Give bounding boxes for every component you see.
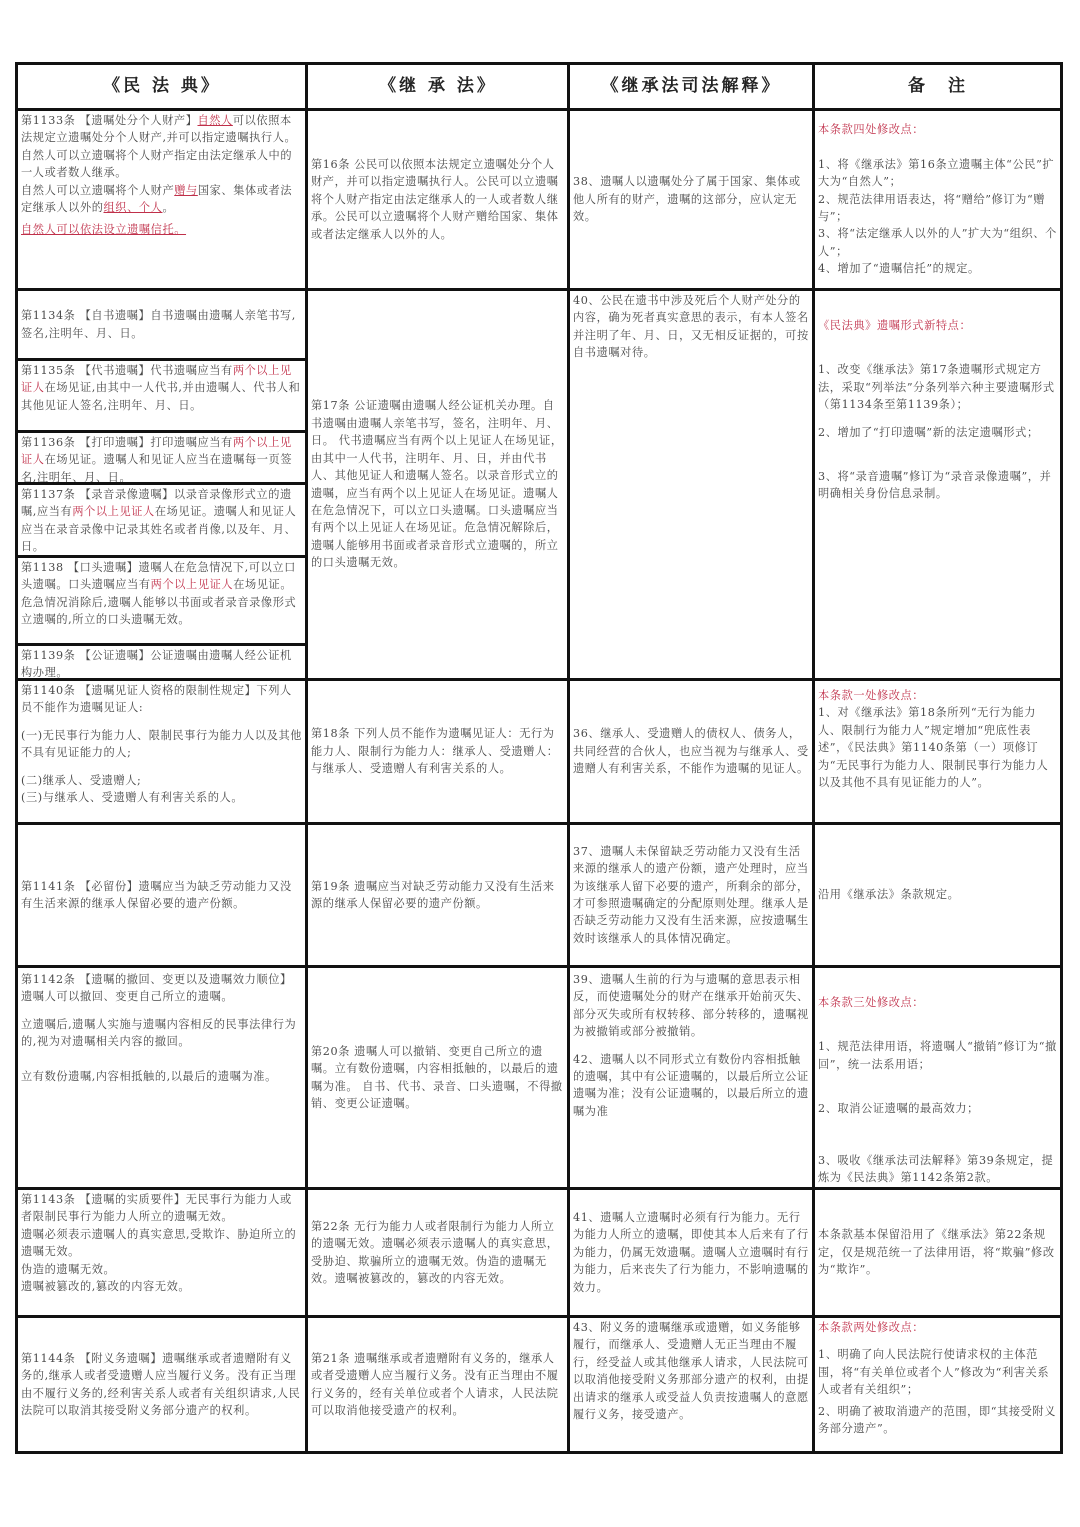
civil-code-article-1141: 第1141条 【必留份】遗嘱应当为缺乏劳动能力又没有生活来源的继承人保留必要的遗… — [18, 825, 305, 965]
inheritance-law-article-16: 第16条 公民可以依照本法规定立遗嘱处分个人财产，并可以指定遗嘱执行人。公民可以… — [308, 111, 567, 288]
remark-1133: 本条款四处修改点： 1、将《继承法》第16条立遗嘱主体“公民”扩大为“自然人”；… — [815, 111, 1060, 288]
header-judicial-interpretation: 《继承法司法解释》 — [570, 65, 812, 108]
inheritance-law-article-20: 第20条 遗嘱人可以撤销、变更自己所立的遗嘱。立有数份遗嘱，内容相抵触的，以最后… — [308, 968, 567, 1187]
inheritance-law-article-17: 第17条 公证遗嘱由遗嘱人经公证机关办理。自书遗嘱由遗嘱人亲笔书写，签名，注明年… — [308, 291, 567, 678]
civil-code-article-1136: 第1136条 【打印遗嘱】打印遗嘱应当有两个以上见证人在场见证。遗嘱人和见证人应… — [18, 433, 305, 482]
highlight-organization-individual: 组织、个人 — [104, 201, 163, 214]
civil-code-article-1133: 第1133条 【遗嘱处分个人财产】自然人可以依照本法规定立遗嘱处分个人财产,并可… — [18, 111, 305, 288]
civil-code-article-1137: 第1137条 【录音录像遗嘱】以录音录像形式立的遗嘱,应当有两个以上见证人在场见… — [18, 485, 305, 555]
civil-code-article-1135: 第1135条 【代书遗嘱】代书遗嘱应当有两个以上见证人在场见证,由其中一人代书,… — [18, 361, 305, 430]
interpretation-43: 43、附义务的遗嘱继承或遗赠，如义务能够履行，而继承人、受遗赠人无正当理由不履行… — [570, 1318, 812, 1451]
remark-1143: 本条款基本保留沿用了《继承法》第22条规定，仅是规范统一了法律用语，将“欺骗”修… — [815, 1190, 1060, 1315]
civil-code-article-1144: 第1144条 【附义务遗嘱】遗嘱继承或者遗赠附有义务的,继承人或者受遗赠人应当履… — [18, 1318, 305, 1451]
header-civil-code: 《民 法 典》 — [18, 65, 305, 108]
civil-code-article-1140: 第1140条 【遗嘱见证人资格的限制性规定】下列人员不能作为遗嘱见证人: (一)… — [18, 681, 305, 822]
comparison-table: 《民 法 典》 《继 承 法》 《继承法司法解释》 备 注 第1133条 【遗嘱… — [15, 62, 1063, 1454]
inheritance-law-article-18: 第18条 下列人员不能作为遗嘱见证人：无行为能力人、限制行为能力人：继承人、受遗… — [308, 681, 567, 822]
remark-1140: 本条款一处修改点： 1、对《继承法》第18条所列“无行为能力人、限制行为能力人”… — [815, 681, 1060, 822]
inheritance-law-article-19: 第19条 遗嘱应当对缺乏劳动能力又没有生活来源的继承人保留必要的遗产份额。 — [308, 825, 567, 965]
interpretation-39-42: 39、遗嘱人生前的行为与遗嘱的意思表示相反，而使遗嘱处分的财产在继承开始前灭失、… — [570, 968, 812, 1187]
civil-code-article-1134: 第1134条 【自书遗嘱】自书遗嘱由遗嘱人亲笔书写,签名,注明年、月、日。 — [18, 291, 305, 358]
remark-1142: 本条款三处修改点： 1、规范法律用语，将遗嘱人“撤销”修订为“撤回”，统一法系用… — [815, 968, 1060, 1187]
civil-code-article-1142: 第1142条 【遗嘱的撤回、变更以及遗嘱效力顺位】遗嘱人可以撤回、变更自己所立的… — [18, 968, 305, 1187]
header-remarks: 备 注 — [815, 65, 1060, 108]
interpretation-36: 36、继承人、受遗赠人的债权人、债务人，共同经营的合伙人，也应当视为与继承人、受… — [570, 681, 812, 822]
interpretation-41: 41、遗嘱人立遗嘱时必须有行为能力。无行为能力人所立的遗嘱，即使其本人后来有了行… — [570, 1190, 812, 1315]
inheritance-law-article-21: 第21条 遗嘱继承或者遗赠附有义务的，继承人或者受遗赠人应当履行义务。没有正当理… — [308, 1318, 567, 1451]
remark-will-forms: 《民法典》遗嘱形式新特点： 1、改变《继承法》第17条遗嘱形式规定方法，采取“列… — [815, 291, 1060, 678]
civil-code-article-1143: 第1143条 【遗嘱的实质要件】无民事行为能力人或者限制民事行为能力人所立的遗嘱… — [18, 1190, 305, 1315]
interpretation-38: 38、遗嘱人以遗嘱处分了属于国家、集体或他人所有的财产，遗嘱的这部分，应认定无效… — [570, 111, 812, 288]
remark-1144: 本条款两处修改点： 1、明确了向人民法院行使请求权的主体范围，将“有关单位或者个… — [815, 1318, 1060, 1451]
highlight-natural-person: 自然人 — [197, 114, 232, 127]
inheritance-law-article-22: 第22条 无行为能力人或者限制行为能力人所立的遗嘱无效。遗嘱必须表示遗嘱人的真实… — [308, 1190, 567, 1315]
remark-1141: 沿用《继承法》条款规定。 — [815, 825, 1060, 965]
header-inheritance-law: 《继 承 法》 — [308, 65, 567, 108]
interpretation-40: 40、公民在遗书中涉及死后个人财产处分的内容，确为死者真实意思的表示，有本人签名… — [570, 291, 812, 678]
civil-code-article-1139: 第1139条 【公证遗嘱】公证遗嘱由遗嘱人经公证机构办理。 — [18, 646, 305, 678]
interpretation-37: 37、遗嘱人未保留缺乏劳动能力又没有生活来源的继承人的遗产份额，遗产处理时，应当… — [570, 825, 812, 965]
highlight-will-trust: 自然人可以依法设立遗嘱信托。 — [21, 221, 303, 238]
highlight-gift: 赠与 — [174, 184, 198, 197]
civil-code-article-1138: 第1138 【口头遗嘱】遗嘱人在危急情况下,可以立口头遗嘱。口头遗嘱应当有两个以… — [18, 558, 305, 643]
